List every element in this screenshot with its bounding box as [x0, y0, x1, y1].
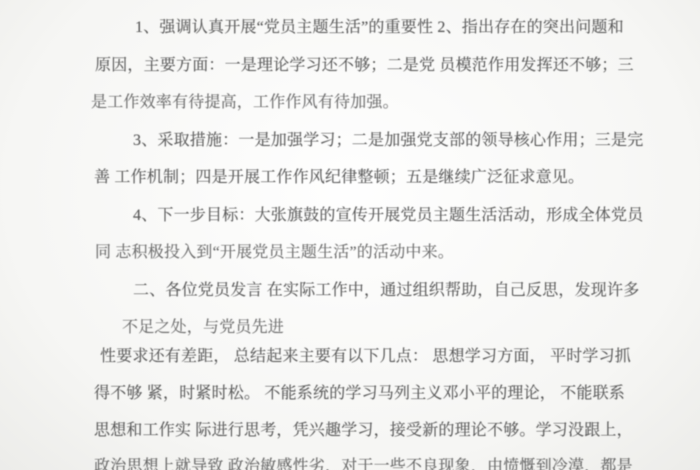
text-line: 得不够 紧，时紧时松。 不能系统的学习马列主义邓小平的理论， 不能联系 [94, 384, 625, 403]
text-line: 原因，主要方面：一是理论学习还不够；二是党 员模范作用发挥还不够；三 [95, 56, 634, 75]
text-line: 同 志积极投入到“开展党员主题生活”的活动中来。 [95, 243, 454, 262]
text-line: 思想和工作实 际进行思考，凭兴趣学习，接受新的理论不够。学习没跟上， [94, 421, 633, 440]
text-line: 二、各位党员发言 在实际工作中，通过组织帮助，自己反思，发现许多 [133, 281, 639, 300]
text-line: 1、强调认真开展“党员主题生活”的重要性 2、指出存在的突出问题和 [135, 18, 624, 37]
text-line: 3、采取措施：一是加强学习；二是加强党支部的领导核心作用；三是完 [133, 131, 643, 150]
text-line: 不足之处，与党员先进 [122, 318, 284, 337]
document-page: 1、强调认真开展“党员主题生活”的重要性 2、指出存在的突出问题和 原因，主要方… [0, 0, 700, 470]
text-line: 性要求还有差距， 总结起来主要有以下几点： 思想学习方面， 平时学习抓 [100, 347, 631, 366]
text-line: 政治思想上就导致 政治敏感性劣，对于一些不良现象，由愤慨到冷漠，都是 [94, 457, 633, 470]
text-line: 4、下一步目标：大张旗鼓的宣传开展党员主题生活活动，形成全体党员 [133, 206, 643, 225]
text-line: 善 工作机制；四是开展工作作风纪律整顿；五是继续广泛征求意见。 [94, 168, 584, 187]
document-text-layer: 1、强调认真开展“党员主题生活”的重要性 2、指出存在的突出问题和 原因，主要方… [0, 0, 700, 470]
text-line: 是工作效率有待提高，工作作风有待加强。 [91, 93, 399, 112]
